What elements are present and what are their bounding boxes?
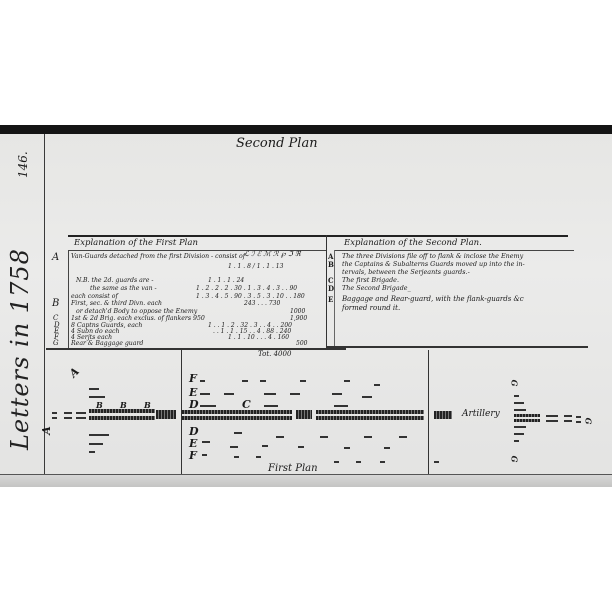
label-f: F [189,372,197,385]
label-g: G [583,418,593,425]
serjeant-mark [200,380,205,382]
artillery-label: Artillery [462,409,500,419]
brigade-formation [316,410,424,414]
row-text: or detach'd Body to oppose the Enemy [76,308,197,315]
row-numbers: 500 [296,340,307,347]
scan-bottom-edge [0,474,612,487]
row-numbers: 1 . 2 . 2 . 2 . 30 . 1 . 3 . 4 . 3 . . 9… [196,285,297,292]
guard-mark [564,420,572,422]
row-text: The first Brigade. [342,276,399,284]
row-text: the Captains & Subalterns Guards moved u… [342,260,525,268]
margin-title: Letters in 1758 [6,248,34,450]
serjeant-mark [242,380,248,382]
guard-mark [89,388,99,390]
row-numbers: 1 . 3 . 4 . 5 . 90 . 3 . 5 . 3 . 10 . . … [196,293,305,300]
guard-mark [514,409,526,411]
guard-mark [546,415,558,417]
column-headings-glyphs: ℒ ℐ ℰ ℳ ℛ ℘ ℑ ℜ [244,250,301,258]
row-text: N.B. the 2d. guards are - [76,277,153,284]
page-number: 146. [16,151,30,178]
captain-mark [234,432,242,434]
subaltern-mark [200,393,210,395]
table-top-rule [68,235,568,237]
serjeant-mark [234,456,239,458]
guard-mark [64,412,72,414]
subaltern-mark [298,446,304,448]
row-numbers: 1 . 1 . 10 . . . 4 . 160 [228,334,289,341]
row-text: 1st & 2d Brig. each exclus. of flankers … [71,315,205,322]
second-plan-title: Second Plan [236,136,318,151]
guard-mark [514,426,526,428]
captain-mark [264,405,278,407]
serjeant-mark [356,461,361,463]
subaltern-mark [264,393,276,395]
baggage-formation [514,419,540,422]
brigade-formation [182,416,292,420]
guard-mark [76,417,86,419]
guard-mark [576,421,581,423]
first-plan-diagram: A A B B B F E D D E F C [44,350,612,474]
guard-mark [89,396,105,398]
table-header-rule-right [334,250,574,251]
row-text: The three Divisions file off to flank & … [342,252,523,260]
brigade-formation [182,410,292,414]
baggage-formation [514,414,540,417]
table-inner-rule-left [68,250,69,348]
subaltern-mark [262,445,268,447]
subaltern-mark [290,393,300,395]
row-numbers: 243 . . . 730 [244,300,280,307]
row-letter-b: B [52,298,59,309]
table-bottom-rule-right [326,346,588,348]
row-text: tervals, between the Serjeants guards.- [342,268,470,276]
artillery-formation [434,411,452,419]
table-divider [326,235,327,348]
explanation-table: Explanation of the First Plan Explanatio… [68,235,612,347]
brigade-formation [296,410,312,419]
row-text: Rear & Baggage guard [71,340,143,347]
captain-mark [364,436,372,438]
label-g: G [509,456,519,463]
subaltern-mark [362,396,372,398]
row-text: Van-Guards detached from the first Divis… [71,253,245,260]
captain-mark [334,405,348,407]
label-g: G [509,380,519,387]
subaltern-mark [332,393,342,395]
serjeant-mark [374,384,380,386]
division-formation [156,410,176,419]
row-text: Baggage and Rear-guard, with the flank-g… [342,295,524,303]
row-text: each consist of [71,293,118,300]
serjeant-mark [380,461,385,463]
guard-mark [64,417,72,419]
row-numbers: 1,900 [290,315,307,322]
guard-mark [89,443,103,445]
serjeant-mark [334,461,339,463]
serjeant-mark [256,456,261,458]
subaltern-mark [224,393,234,395]
row-letter-a: A [52,252,59,263]
guard-mark [89,434,109,436]
guard-mark [564,415,572,417]
serjeant-mark [300,380,306,382]
guard-mark [52,417,57,419]
first-plan-header: Explanation of the First Plan [74,238,198,248]
table-inner-rule-right [334,250,335,348]
label-a: A [67,365,82,380]
brigade-formation [316,416,424,420]
bottom-rule [0,474,612,475]
row-text: The Second Brigade_ [342,284,411,292]
guard-mark [76,412,86,414]
captain-mark [399,436,407,438]
subaltern-mark [384,447,390,449]
guard-mark [514,395,519,397]
guard-mark [576,416,581,418]
row-letter-d: D [328,284,334,293]
serjeant-mark [202,454,207,456]
first-plan-title: First Plan [268,463,318,474]
row-text: the same as the van - [90,285,157,292]
serjeant-mark [434,461,439,463]
captain-mark [320,436,328,438]
serjeant-mark [260,380,266,382]
division-formation [89,416,155,420]
row-numbers: 1000 [290,308,305,315]
row-letter-e: E [328,295,333,304]
guard-mark [514,402,524,404]
subaltern-mark [230,446,238,448]
row-text: First, sec. & third Divn. each [71,300,162,307]
row-numbers: 1 . 1 . 8 / 1 . 1 . 13 [228,263,283,270]
row-numbers: 1 . 1 . 1 . 24 [208,277,244,284]
subaltern-mark [202,441,210,443]
guard-mark [52,412,57,414]
label-a: A [40,426,53,435]
captain-mark [276,436,284,438]
second-plan-header: Explanation of the Second Plan. [344,238,482,248]
guard-mark [89,451,95,453]
guard-mark [514,440,519,442]
label-f: F [189,449,197,462]
diagram-divider [428,350,429,474]
row-letter-g: G [53,339,59,347]
guard-mark [514,433,524,435]
row-text: formed round it. [342,304,400,312]
scan-top-edge [0,125,612,134]
captain-mark [200,405,216,407]
serjeant-mark [344,380,350,382]
subaltern-mark [344,447,350,449]
row-letter-b: B [328,260,334,269]
division-formation [89,409,155,413]
guard-mark [546,420,558,422]
